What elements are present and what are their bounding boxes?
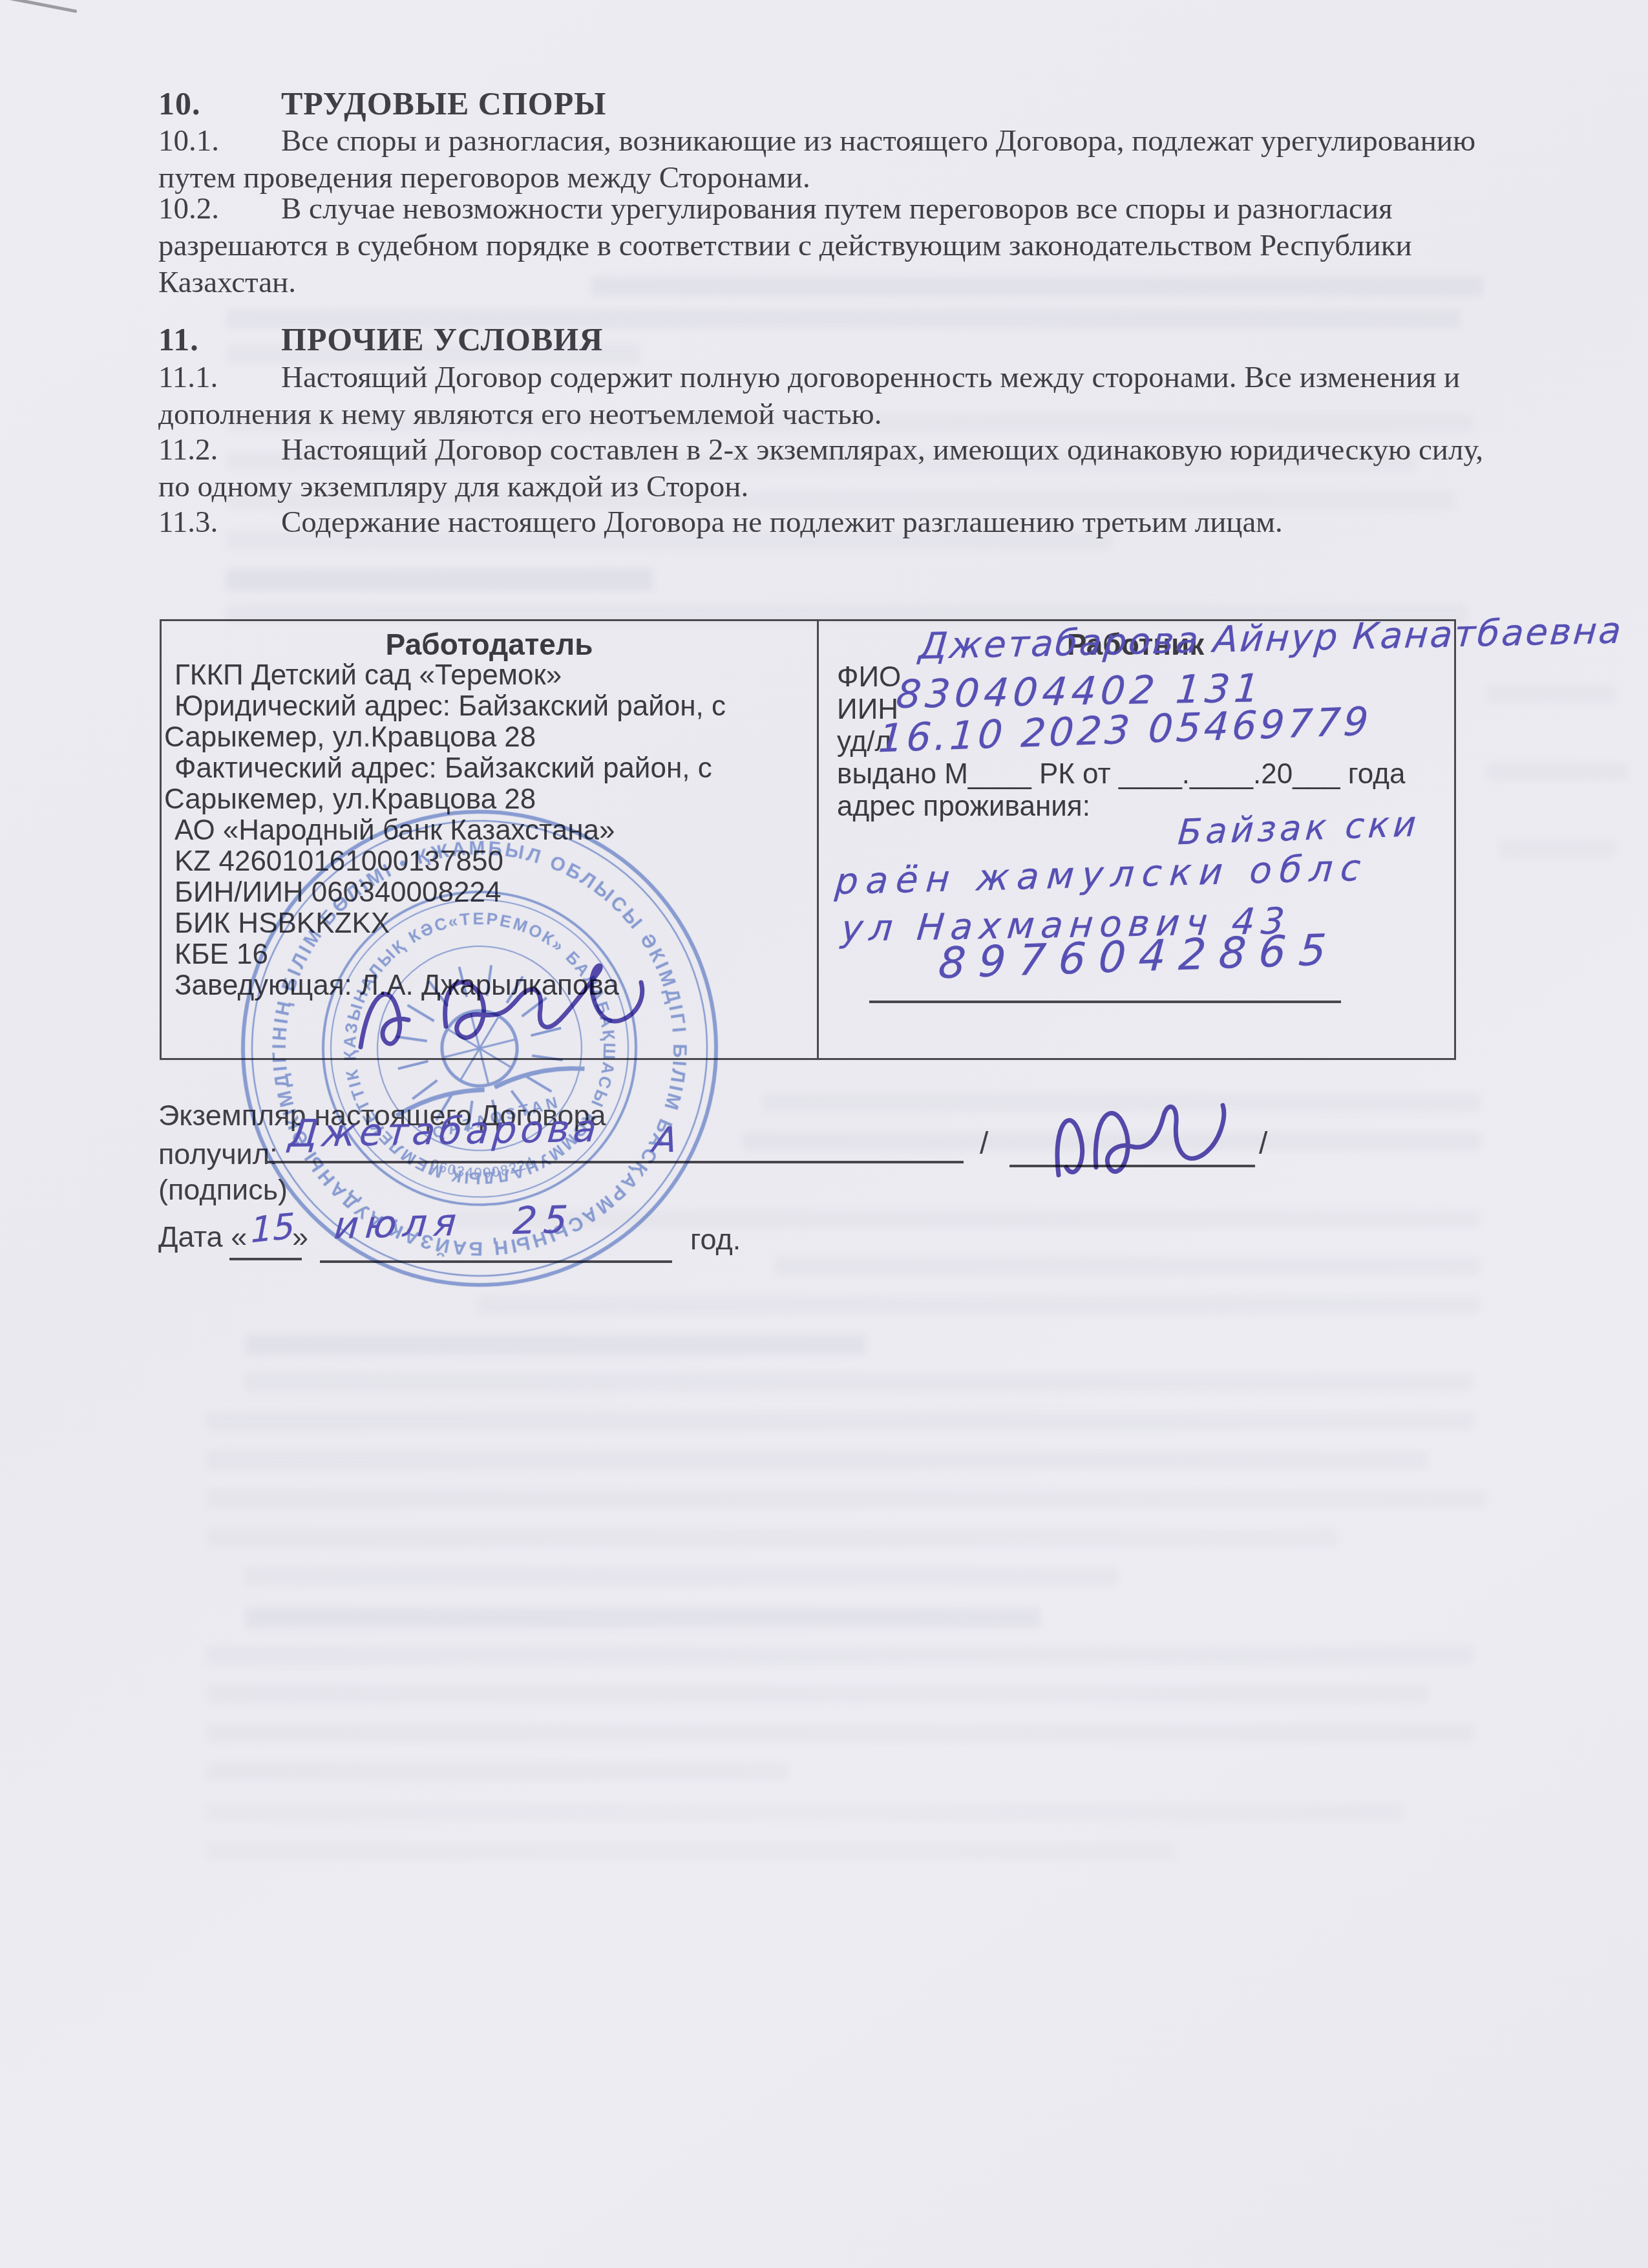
director-signature xyxy=(349,950,672,1076)
date-label: Дата « xyxy=(158,1220,247,1254)
handwritten-date-month-year: июля 25 xyxy=(333,1197,576,1247)
slash-separator: / xyxy=(980,1126,988,1161)
clause-text: Настоящий Договор составлен в 2-х экземп… xyxy=(158,433,1483,503)
section-title: ПРОЧИЕ УСЛОВИЯ xyxy=(281,321,603,357)
scanned-contract-page: 10.ТРУДОВЫЕ СПОРЫ 10.1.Все споры и разно… xyxy=(0,0,1648,2268)
clause-number: 11.2. xyxy=(158,432,281,469)
clause-11-1: 11.1.Настоящий Договор содержит полную д… xyxy=(158,359,1490,433)
clause-10-2: 10.2.В случае невозможности урегулирован… xyxy=(158,191,1490,301)
section-number: 11. xyxy=(158,321,281,358)
clause-11-3: 11.3.Содержание настоящего Договора не п… xyxy=(158,504,1490,541)
clause-number: 11.1. xyxy=(158,359,281,396)
clause-number: 10.1. xyxy=(158,123,281,160)
clause-11-2: 11.2.Настоящий Договор составлен в 2-х э… xyxy=(158,432,1490,505)
handwritten-received-name: Джетабарова xyxy=(287,1107,602,1156)
handwritten-address-line1: Байзак ски xyxy=(1177,803,1421,853)
worker-phone-underline xyxy=(869,1001,1341,1003)
section-number: 10. xyxy=(158,85,281,122)
clause-text: Все споры и разногласия, возникающие из … xyxy=(158,124,1475,195)
employer-line: Фактический адрес: Байзакский район, с xyxy=(162,753,817,784)
section-title: ТРУДОВЫЕ СПОРЫ xyxy=(281,85,606,122)
worker-label-issued: выдано М____ РК от ____.____.20___ года xyxy=(819,758,1452,790)
clause-text: Содержание настоящего Договора не подлеж… xyxy=(281,505,1283,539)
employer-line: ГККП Детский сад «Теремок» xyxy=(162,660,817,691)
slash-separator: / xyxy=(1259,1126,1267,1161)
clause-text: Настоящий Договор содержит полную догово… xyxy=(158,361,1460,431)
clause-number: 11.3. xyxy=(158,504,281,541)
scan-corner-artifact xyxy=(2,0,78,13)
worker-signature xyxy=(1041,1091,1247,1198)
employer-header: Работодатель xyxy=(162,621,817,660)
section-10-heading: 10.ТРУДОВЫЕ СПОРЫ xyxy=(158,85,606,122)
clause-10-1: 10.1.Все споры и разногласия, возникающи… xyxy=(158,123,1490,196)
clause-number: 10.2. xyxy=(158,191,281,228)
clause-text: В случае невозможности урегулирования пу… xyxy=(158,192,1412,299)
handwritten-date-day: 15 xyxy=(251,1205,295,1251)
employer-line: Сарыкемер, ул.Кравцова 28 xyxy=(162,722,817,753)
section-11-heading: 11.ПРОЧИЕ УСЛОВИЯ xyxy=(158,321,603,358)
employer-line: Юридический адрес: Байзакский район, с xyxy=(162,691,817,722)
